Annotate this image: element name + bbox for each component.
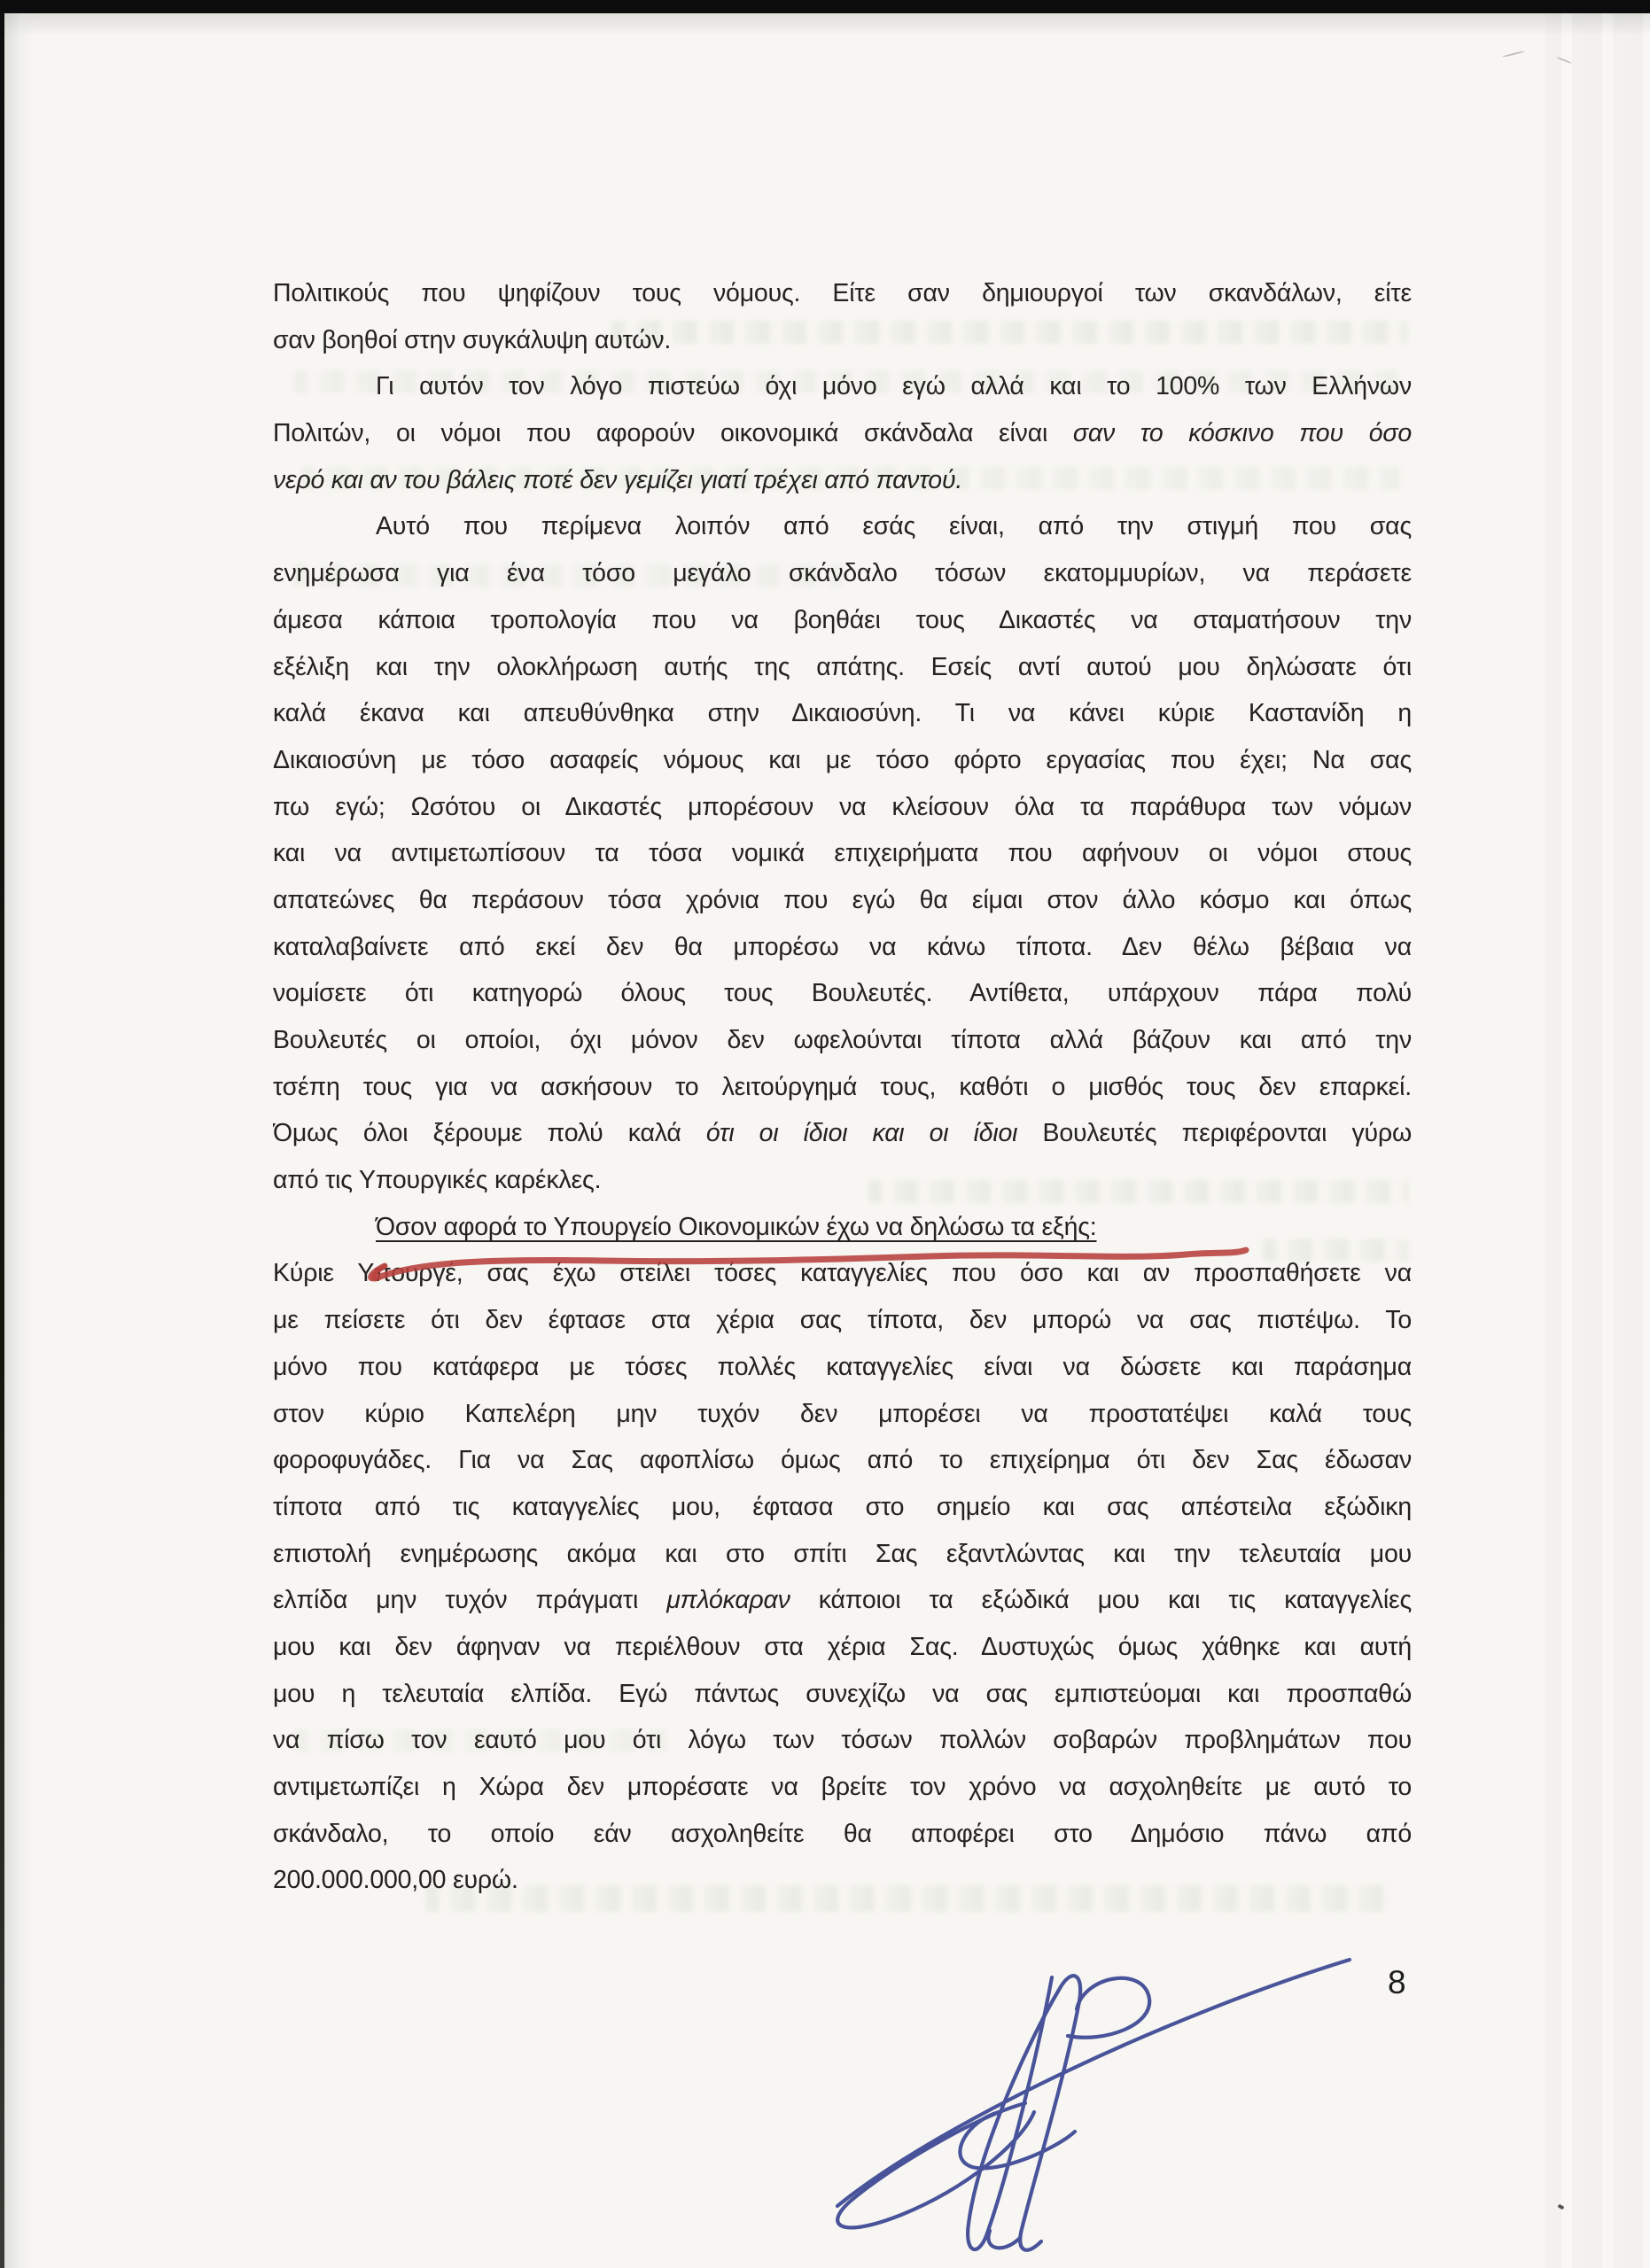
scanned-document-page: Πολιτικούς που ψηφίζουν τους νόμους. Είτ… xyxy=(0,0,1650,2268)
text-segment: και να αντιμετωπίσουν τα τόσα νομικά επι… xyxy=(273,839,1412,867)
text-segment: φοροφυγάδες. Για να Σας αφοπλίσω όμως απ… xyxy=(273,1446,1412,1474)
text-segment: απατεώνες θα περάσουν τόσα χρόνια που εγ… xyxy=(273,886,1412,914)
text-segment: Πολιτικούς που ψηφίζουν τους νόμους. Είτ… xyxy=(273,279,1412,307)
text-line: τσέπη τους για να ασκήσουν το λειτούργημ… xyxy=(273,1064,1412,1111)
text-segment: νερό και αν του βάλεις ποτέ δεν γεμίζει … xyxy=(273,466,962,494)
text-line: καλά έκανα και απευθύνθηκα στην Δικαιοσύ… xyxy=(273,690,1412,737)
text-segment: με πείσετε ότι δεν έφτασε στα χέρια σας … xyxy=(273,1306,1412,1334)
text-segment: τσέπη τους για να ασκήσουν το λειτούργημ… xyxy=(273,1073,1412,1101)
text-line: στον κύριο Καπελέρη μην τυχόν δεν μπορέσ… xyxy=(273,1391,1412,1438)
text-segment: Πολιτών, οι νόμοι που αφορούν οικονομικά… xyxy=(273,419,1073,447)
text-line: απατεώνες θα περάσουν τόσα χρόνια που εγ… xyxy=(273,877,1412,924)
text-line: Όμως όλοι ξέρουμε πολύ καλά ότι οι ίδιοι… xyxy=(273,1110,1412,1157)
text-line: ελπίδα μην τυχόν πράγματι μπλόκαραν κάπο… xyxy=(273,1577,1412,1624)
pencil-mark xyxy=(1502,50,1525,58)
text-segment: μπλόκαραν xyxy=(666,1586,790,1614)
text-segment: άμεσα κάποια τροπολογία που να βοηθάει τ… xyxy=(273,606,1412,634)
text-line: Δικαιοσύνη με τόσο ασαφείς νόμους και με… xyxy=(273,737,1412,784)
text-line: σκάνδαλο, το οποίο εάν ασχοληθείτε θα απ… xyxy=(273,1811,1412,1858)
text-line: Βουλευτές οι οποίοι, όχι μόνον δεν ωφελο… xyxy=(273,1017,1412,1064)
text-segment: ότι οι ίδιοι και οι ίδιοι xyxy=(706,1119,1017,1147)
text-line: Πολιτικούς που ψηφίζουν τους νόμους. Είτ… xyxy=(273,270,1412,317)
text-segment: τίποτα από τις καταγγελίες μου, έφτασα σ… xyxy=(273,1493,1412,1521)
text-line: επιστολή ενημέρωσης ακόμα και στο σπίτι … xyxy=(273,1531,1412,1578)
text-line: να πίσω τον εαυτό μου ότι λόγω των τόσων… xyxy=(273,1717,1412,1764)
text-line: φοροφυγάδες. Για να Σας αφοπλίσω όμως απ… xyxy=(273,1437,1412,1484)
text-line: πω εγώ; Ωσότου οι Δικαστές μπορέσουν να … xyxy=(273,784,1412,831)
text-segment: ενημέρωσα για ένα τόσο μεγάλο σκάνδαλο τ… xyxy=(273,559,1412,587)
text-segment: κάποιοι τα εξώδικά μου και τις καταγγελί… xyxy=(790,1586,1412,1614)
text-segment: μου η τελευταία ελπίδα. Εγώ πάντως συνεχ… xyxy=(273,1680,1412,1708)
text-line: μόνο που κατάφερα με τόσες πολλές καταγγ… xyxy=(273,1344,1412,1391)
text-line: από τις Υπουργικές καρέκλες. xyxy=(273,1157,1412,1204)
text-line: αντιμετωπίζει η Χώρα δεν μπορέσατε να βρ… xyxy=(273,1764,1412,1811)
text-line: 200.000.000,00 ευρώ. xyxy=(273,1857,1412,1904)
text-segment: 200.000.000,00 ευρώ. xyxy=(273,1866,518,1894)
text-segment: νομίσετε ότι κατηγορώ όλους τους Βουλευτ… xyxy=(273,979,1412,1007)
text-line: τίποτα από τις καταγγελίες μου, έφτασα σ… xyxy=(273,1484,1412,1531)
text-segment: καλά έκανα και απευθύνθηκα στην Δικαιοσύ… xyxy=(273,699,1412,727)
text-segment: Βουλευτές περιφέρονται γύρω xyxy=(1017,1119,1412,1147)
text-segment: εξέλιξη και την ολοκλήρωση αυτής της απά… xyxy=(273,653,1412,681)
text-segment: ελπίδα μην τυχόν πράγματι xyxy=(273,1586,666,1614)
text-line: Αυτό που περίμενα λοιπόν από εσάς είναι,… xyxy=(273,503,1412,550)
text-segment: Γι αυτόν τον λόγο πιστεύω όχι μόνο εγώ α… xyxy=(376,372,1412,400)
text-line: εξέλιξη και την ολοκλήρωση αυτής της απά… xyxy=(273,644,1412,691)
text-line: καταλαβαίνετε από εκεί δεν θα μπορέσω να… xyxy=(273,924,1412,971)
text-segment: Όσον αφορά το Υπουργείο Οικονομικών έχω … xyxy=(376,1213,1096,1241)
text-line: σαν βοηθοί στην συγκάλυψη αυτών. xyxy=(273,317,1412,364)
text-segment: αντιμετωπίζει η Χώρα δεν μπορέσατε να βρ… xyxy=(273,1773,1412,1801)
text-segment: μόνο που κατάφερα με τόσες πολλές καταγγ… xyxy=(273,1353,1412,1381)
heading-line: Όσον αφορά το Υπουργείο Οικονομικών έχω … xyxy=(273,1204,1412,1251)
page-number: 8 xyxy=(1388,1965,1406,2000)
text-line: μου και δεν άφηναν να περιέλθουν στα χέρ… xyxy=(273,1624,1412,1671)
scan-top-edge-shadow xyxy=(0,13,1650,36)
text-line: Κύριε Υπουργέ, σας έχω στείλει τόσες κατ… xyxy=(273,1250,1412,1297)
scan-top-edge xyxy=(0,0,1650,13)
text-segment: μου και δεν άφηναν να περιέλθουν στα χέρ… xyxy=(273,1633,1412,1661)
text-segment: να πίσω τον εαυτό μου ότι λόγω των τόσων… xyxy=(273,1726,1412,1754)
text-segment: καταλαβαίνετε από εκεί δεν θα μπορέσω να… xyxy=(273,933,1412,961)
scan-left-band xyxy=(4,13,34,2268)
text-segment: επιστολή ενημέρωσης ακόμα και στο σπίτι … xyxy=(273,1540,1412,1568)
text-line: ενημέρωσα για ένα τόσο μεγάλο σκάνδαλο τ… xyxy=(273,550,1412,597)
text-segment: από τις Υπουργικές καρέκλες. xyxy=(273,1166,601,1194)
text-line: Πολιτών, οι νόμοι που αφορούν οικονομικά… xyxy=(273,410,1412,457)
text-segment: Κύριε Υπουργέ, σας έχω στείλει τόσες κατ… xyxy=(273,1259,1412,1287)
scan-right-band xyxy=(1545,13,1650,2268)
text-segment: σκάνδαλο, το οποίο εάν ασχοληθείτε θα απ… xyxy=(273,1820,1412,1848)
text-segment: σαν το κόσκινο που όσο xyxy=(1073,419,1412,447)
text-line: με πείσετε ότι δεν έφτασε στα χέρια σας … xyxy=(273,1297,1412,1344)
text-segment: Δικαιοσύνη με τόσο ασαφείς νόμους και με… xyxy=(273,746,1412,774)
text-segment: στον κύριο Καπελέρη μην τυχόν δεν μπορέσ… xyxy=(273,1400,1412,1428)
text-line: άμεσα κάποια τροπολογία που να βοηθάει τ… xyxy=(273,597,1412,644)
text-segment: Βουλευτές οι οποίοι, όχι μόνον δεν ωφελο… xyxy=(273,1026,1412,1054)
text-segment: Όμως όλοι ξέρουμε πολύ καλά xyxy=(273,1119,706,1147)
signature xyxy=(793,1938,1378,2268)
text-segment: πω εγώ; Ωσότου οι Δικαστές μπορέσουν να … xyxy=(273,793,1412,821)
text-line: νερό και αν του βάλεις ποτέ δεν γεμίζει … xyxy=(273,457,1412,504)
text-segment: Αυτό που περίμενα λοιπόν από εσάς είναι,… xyxy=(376,512,1412,540)
text-segment: σαν βοηθοί στην συγκάλυψη αυτών. xyxy=(273,326,671,354)
text-block: Πολιτικούς που ψηφίζουν τους νόμους. Είτ… xyxy=(273,270,1412,1904)
text-line: και να αντιμετωπίσουν τα τόσα νομικά επι… xyxy=(273,830,1412,877)
text-line: Γι αυτόν τον λόγο πιστεύω όχι μόνο εγώ α… xyxy=(273,363,1412,410)
text-line: μου η τελευταία ελπίδα. Εγώ πάντως συνεχ… xyxy=(273,1671,1412,1718)
text-line: νομίσετε ότι κατηγορώ όλους τους Βουλευτ… xyxy=(273,970,1412,1017)
